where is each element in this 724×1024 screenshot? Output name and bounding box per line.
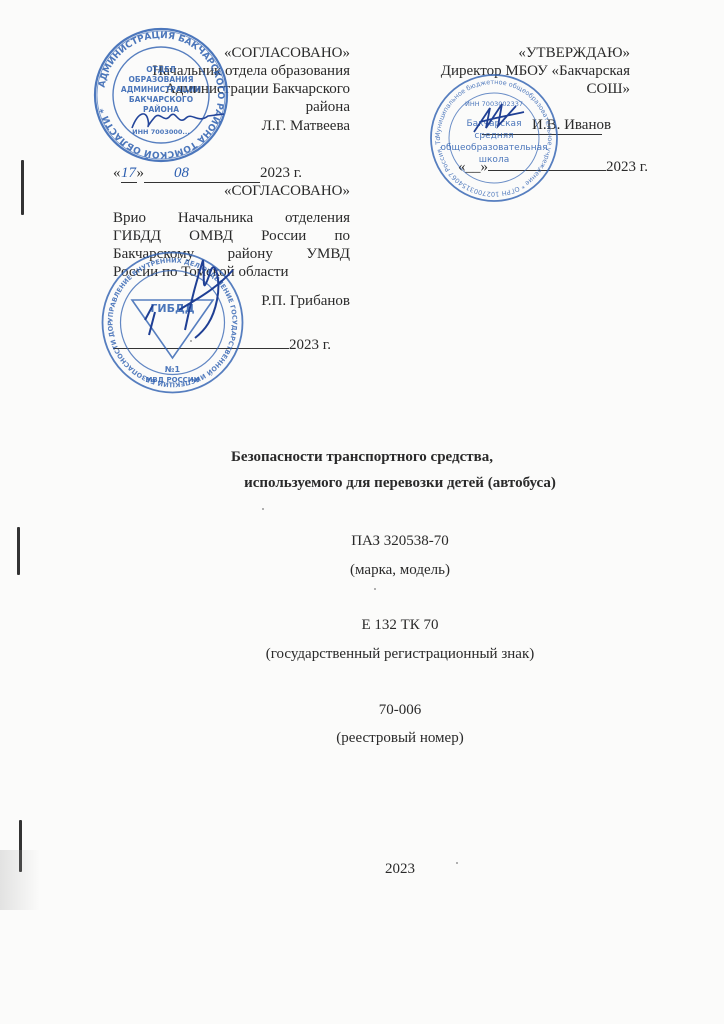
date-quote: » [137, 165, 145, 181]
approval-position: Врио Начальника отделения [113, 209, 350, 227]
binding-mark [21, 160, 24, 215]
vehicle-registry-value: 70-006 [0, 701, 724, 719]
education-department-stamp: АДМИНИСТРАЦИЯ БАКЧАРСКОГО РАЙОНА ТОМСКОЙ… [92, 26, 230, 164]
date-quote: « [113, 165, 121, 181]
scan-speck [190, 340, 192, 342]
vehicle-plate-caption: (государственный регистрационный знак) [0, 645, 724, 663]
scan-speck [374, 588, 376, 590]
svg-text:ОБРАЗОВАНИЯ: ОБРАЗОВАНИЯ [129, 75, 194, 84]
document-page: «СОГЛАСОВАНО» Начальник отдела образован… [0, 0, 724, 1024]
date-month-handwritten: 08 [144, 164, 260, 183]
document-title-line2: используемого для перевозки детей (автоб… [0, 474, 724, 492]
date-year: 2023 г. [289, 337, 331, 353]
svg-text:ОТДЕЛ: ОТДЕЛ [146, 65, 176, 74]
vehicle-model-value: ПАЗ 320538-70 [0, 532, 724, 550]
vehicle-plate-value: Е 132 ТК 70 [0, 616, 724, 634]
svg-text:школа: школа [479, 155, 509, 165]
scan-speck [262, 508, 264, 510]
stamp-seal-icon: АДМИНИСТРАЦИЯ БАКЧАРСКОГО РАЙОНА ТОМСКОЙ… [92, 26, 230, 164]
svg-text:№1: №1 [165, 365, 181, 374]
approval-heading: «СОГЛАСОВАНО» [140, 182, 350, 200]
approval-heading: «УТВЕРЖДАЮ» [420, 44, 630, 62]
document-year: 2023 [0, 860, 724, 878]
svg-text:БАКЧАРСКОГО: БАКЧАРСКОГО [129, 95, 193, 104]
scan-speck [456, 862, 458, 864]
signature-matveeva [128, 106, 228, 134]
school-stamp: Муниципальное бюджетное общеобразователь… [428, 72, 560, 204]
svg-text:АДМИНИСТРАЦИИ: АДМИНИСТРАЦИИ [121, 85, 201, 94]
signature-gribanov [125, 250, 245, 350]
svg-text:общеобразовательная: общеобразовательная [440, 143, 547, 153]
signature-ivanov [470, 98, 530, 138]
vehicle-registry-caption: (реестровый номер) [0, 729, 724, 747]
scan-shadow [0, 850, 40, 910]
document-title-line1: Безопасности транспортного средства, [0, 448, 724, 466]
approval-date: «17»082023 г. [113, 164, 302, 183]
svg-text:МВД РОССИИ: МВД РОССИИ [145, 376, 199, 384]
date-day-handwritten: 17 [121, 164, 137, 183]
date-year: 2023 г. [260, 165, 302, 181]
approval-organization: ГИБДД ОМВД России по [113, 227, 350, 245]
vehicle-model-caption: (марка, модель) [0, 561, 724, 579]
date-year: 2023 г. [606, 159, 648, 175]
stamp-seal-icon: Муниципальное бюджетное общеобразователь… [428, 72, 560, 204]
